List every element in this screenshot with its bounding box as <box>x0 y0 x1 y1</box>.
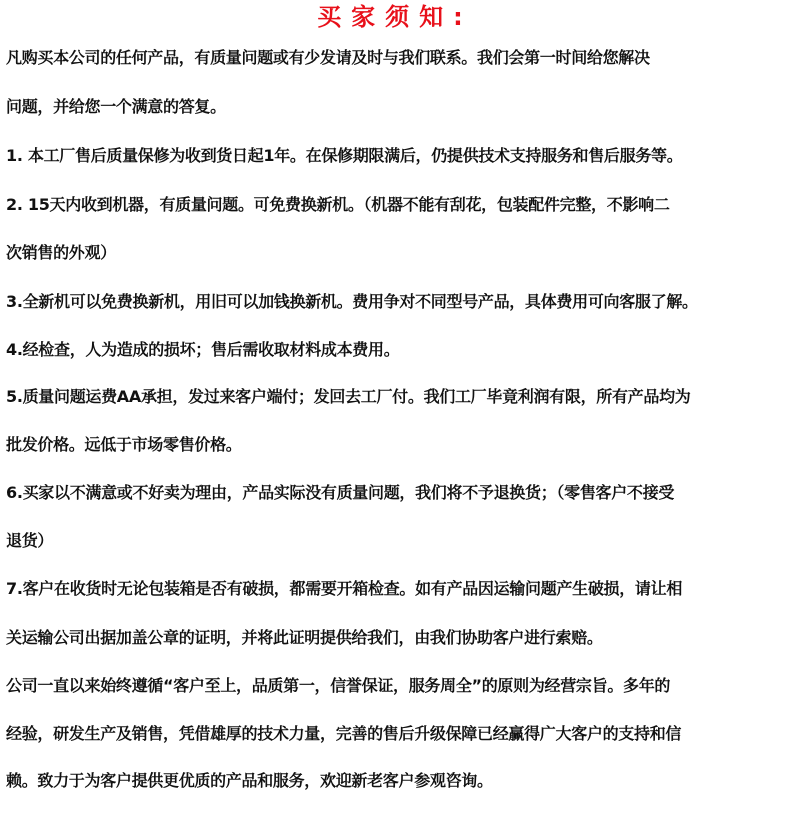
intro-line-2: 问题，并给您一个满意的答复。 <box>6 96 226 118</box>
closing-line-1: 公司一直以来始终遵循“客户至上，品质第一，信誉保证，服务周全”的原则为经营宗旨。… <box>6 675 670 697</box>
rule-3: 3.全新机可以免费换新机，用旧可以加钱换新机。费用争对不同型号产品，具体费用可向… <box>6 291 698 313</box>
rule-7-line-1: 7.客户在收货时无论包装箱是否有破损，都需要开箱检查。如有产品因运输问题产生破损… <box>6 578 682 600</box>
rule-7-line-2: 关运输公司出据加盖公章的证明，并将此证明提供给我们，由我们协助客户进行索赔。 <box>6 627 603 649</box>
rule-2-line-2: 次销售的外观） <box>6 242 116 264</box>
rule-6-line-1: 6.买家以不满意或不好卖为理由，产品实际没有质量问题，我们将不予退换货；（零售客… <box>6 482 674 504</box>
closing-line-3: 赖。致力于为客户提供更优质的产品和服务，欢迎新老客户参观咨询。 <box>6 770 493 792</box>
rule-2-line-1: 2. 15天内收到机器，有质量问题。可免费换新机。（机器不能有刮花，包装配件完整… <box>6 194 670 216</box>
rule-5-line-1: 5.质量问题运费AA承担，发过来客户端付；发回去工厂付。我们工厂毕竟利润有限，所… <box>6 386 690 408</box>
rule-5-line-2: 批发价格。远低于市场零售价格。 <box>6 434 242 456</box>
rule-4: 4.经检查，人为造成的损坏；售后需收取材料成本费用。 <box>6 339 399 361</box>
closing-line-2: 经验，研发生产及销售，凭借雄厚的技术力量，完善的售后升级保障已经赢得广大客户的支… <box>6 723 681 745</box>
rule-1: 1. 本工厂售后质量保修为收到货日起1年。在保修期限满后，仍提供技术支持服务和售… <box>6 145 682 167</box>
intro-line-1: 凡购买本公司的任何产品，有质量问题或有少发请及时与我们联系。我们会第一时间给您解… <box>6 47 650 69</box>
page-title: 买家须知: <box>0 2 790 32</box>
rule-6-line-2: 退货） <box>6 530 53 552</box>
